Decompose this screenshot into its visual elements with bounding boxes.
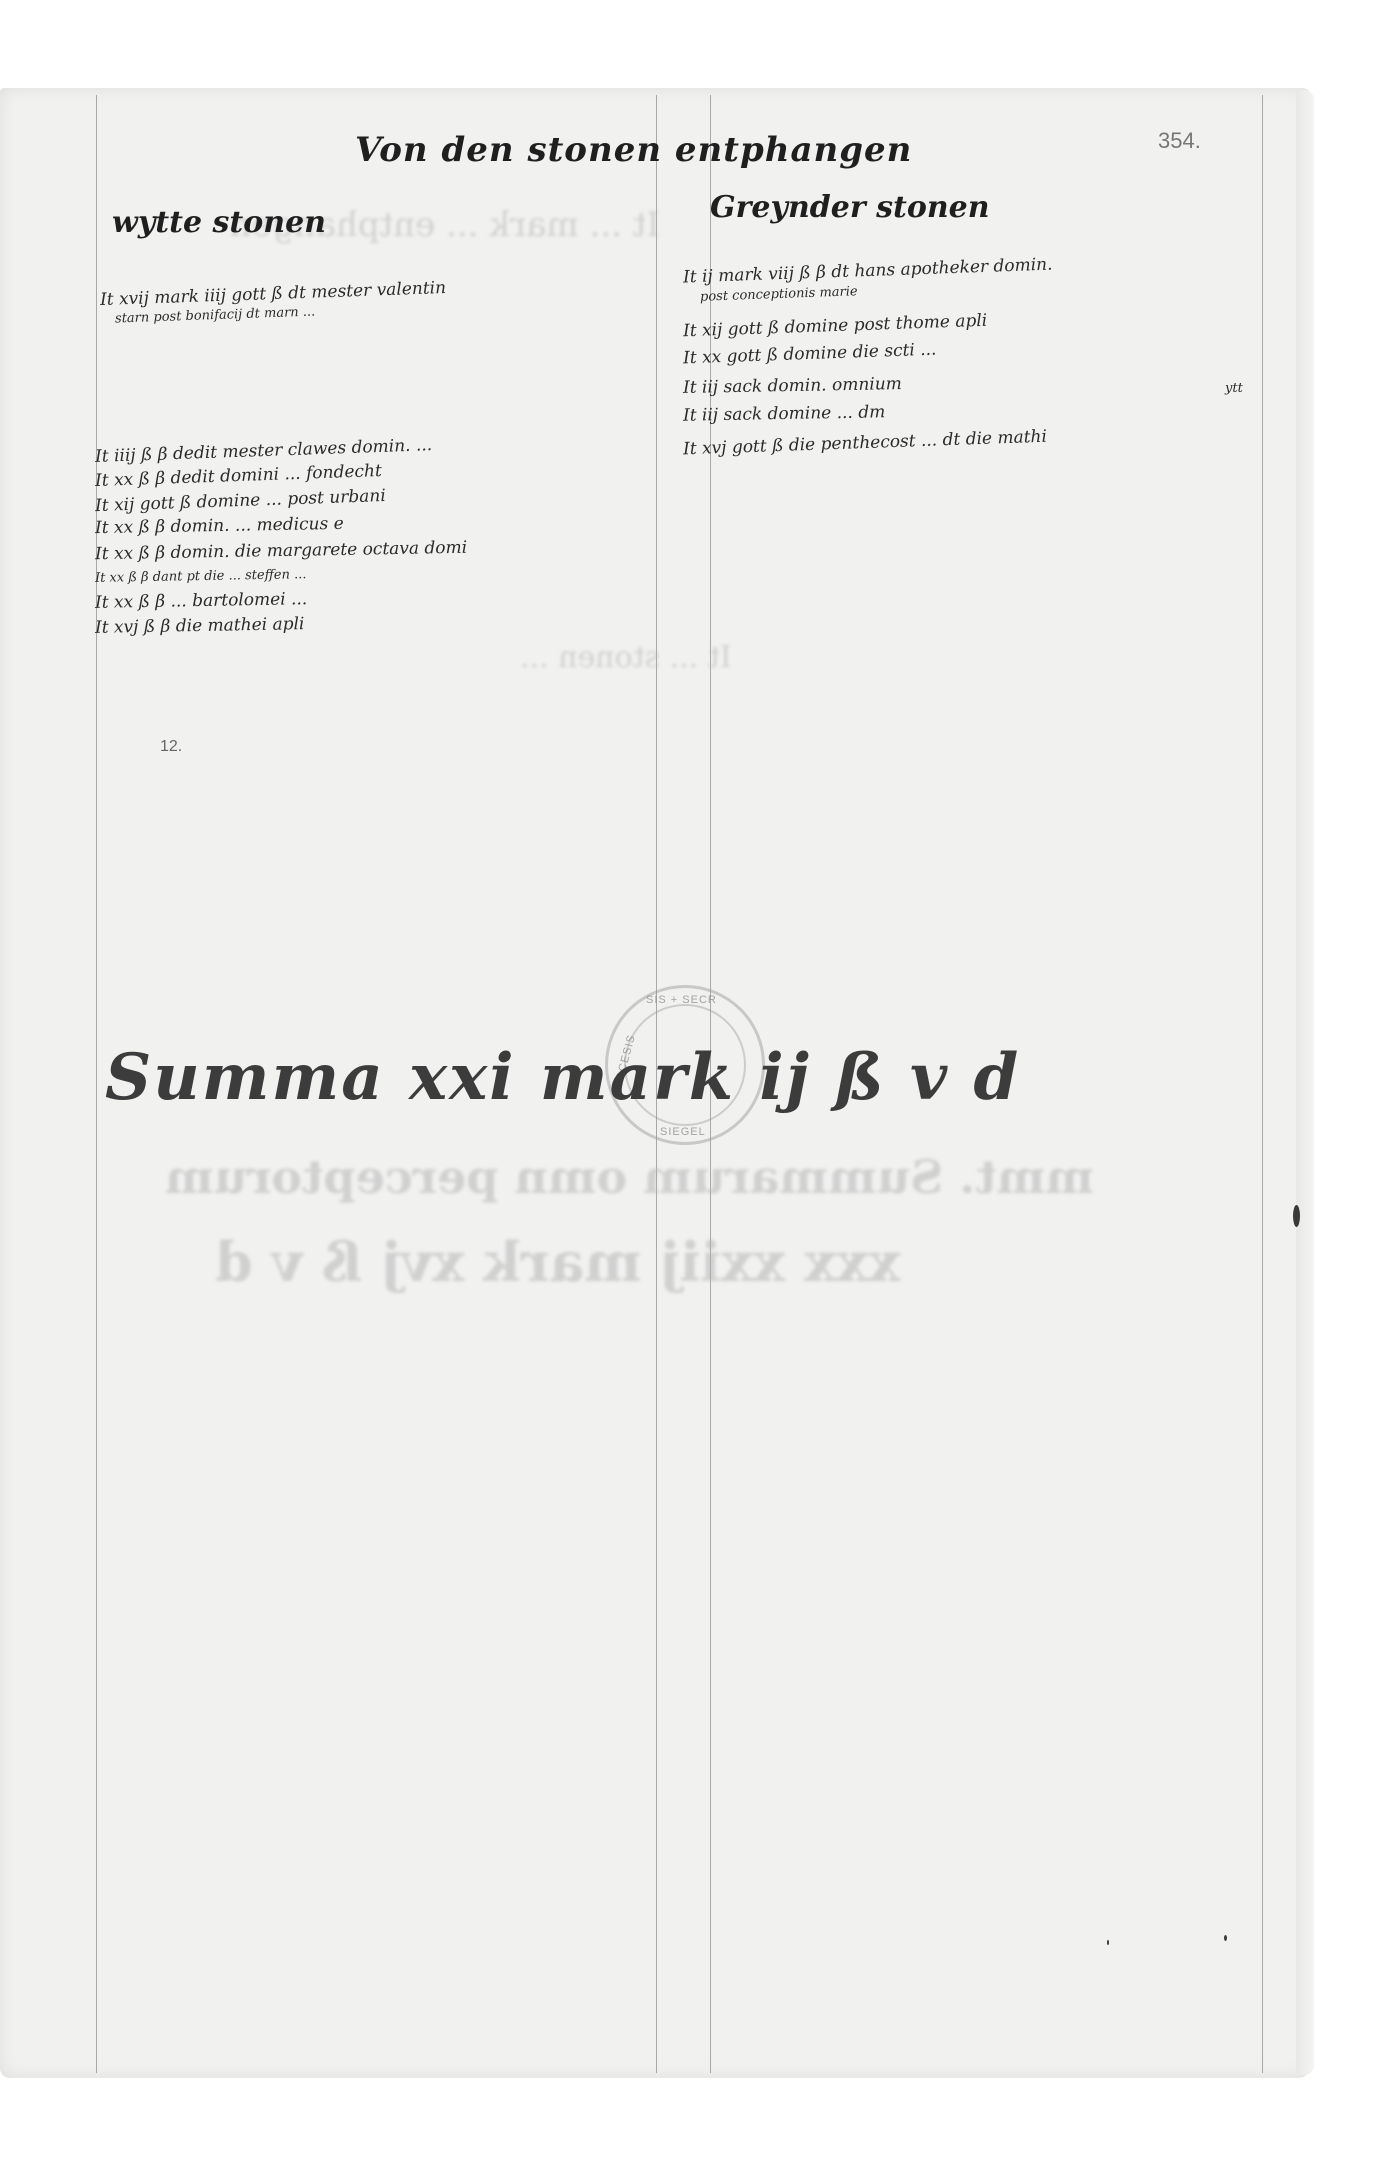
column-heading-wytte: wytte stonen — [112, 205, 326, 240]
margin-note: 12. — [160, 738, 182, 756]
ink-spot — [1224, 1935, 1227, 1941]
summa-total: Summa xxi mark ij ß v d — [105, 1040, 1020, 1115]
entry-right-5: It iij sack domine ... dm — [683, 401, 886, 427]
seal-text-bottom: SIEGEL — [660, 1126, 706, 1138]
margin-mark-ytt: ytt — [1225, 378, 1243, 400]
page-title: Von den stonen entphangen — [355, 130, 912, 170]
entry-left-9: It xvj ß β die mathei apli — [95, 613, 305, 639]
entry-left-5: It xx ß β domin. ... medicus e — [95, 513, 344, 539]
ruling-line-left — [96, 95, 97, 2073]
ink-spot — [1107, 1940, 1109, 1945]
entry-left-7: It xx ß β dant pt die ... steffen ... — [95, 564, 307, 590]
bleed-through-upper-2: It ... stonen ... — [520, 640, 732, 675]
ink-spot — [1293, 1205, 1300, 1227]
bleed-through-lower-2: xxx xxiij mark xvj ß v d — [215, 1230, 901, 1294]
column-heading-greynder: Greynder stonen — [710, 190, 990, 225]
entry-right-4: It iij sack domin. omnium — [683, 373, 902, 399]
seal-text-top: SIS + SECR — [646, 994, 717, 1006]
folio-number: 354. — [1158, 128, 1201, 154]
bleed-through-lower-1: mmt. Summarum omn perceptorum — [165, 1150, 1094, 1204]
page-edge — [1296, 90, 1314, 2075]
entry-left-8: It xx ß β ... bartolomei ... — [95, 588, 308, 614]
ruling-line-right — [1262, 95, 1263, 2073]
